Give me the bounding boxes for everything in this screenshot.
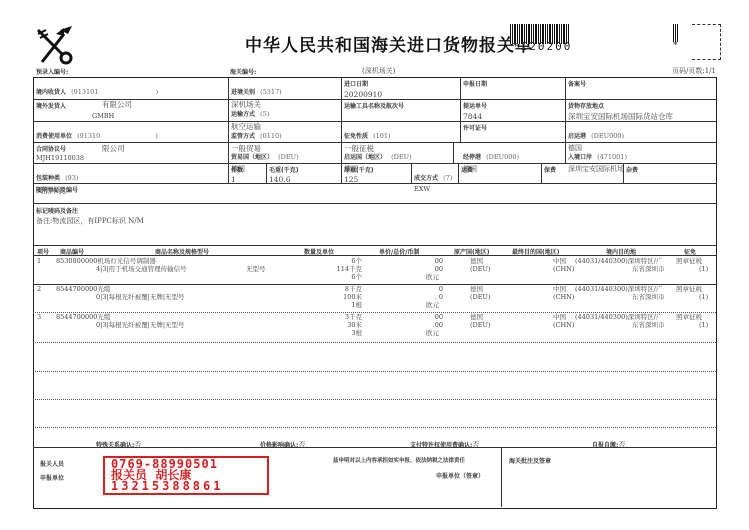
dest-country: 中国 xyxy=(553,285,566,293)
quantity: 1根 xyxy=(290,301,362,309)
price: . 0 xyxy=(370,293,443,301)
quantity: 8千克 xyxy=(290,285,362,293)
levy-mode: 照章征税 xyxy=(676,285,702,293)
dest-country: 中国 xyxy=(553,257,566,265)
declaration-statement: 兹申明对以上内容承担如实申报、依法纳税之法律责任 xyxy=(333,456,465,464)
confirm-price-influence: 价格影响确认:否 xyxy=(260,432,305,451)
field-misc-fee: 杂费 xyxy=(626,165,638,174)
quantity: 100米 xyxy=(290,293,362,301)
field-entry-port-domestic: 入境口岸 (471001) 深圳宝安国际机场 xyxy=(568,144,627,174)
item-spec: 0|3|每根光纤被覆|无牌|无型号 xyxy=(96,293,185,301)
domestic-dest: (44031/440300)深圳特区/广 xyxy=(575,257,662,265)
confirm-self-report: 自报自缴:否 xyxy=(592,432,625,451)
origin-country: 德国 xyxy=(470,257,483,265)
field-import-date: 进口日期 20200910 xyxy=(344,79,382,99)
quantity: 30米 xyxy=(290,321,362,329)
field-freight: 运费 xyxy=(461,165,473,174)
item-model: 无型号 xyxy=(246,265,266,273)
origin-country: 德国 xyxy=(470,285,483,293)
domestic-dest: 东省深圳市 xyxy=(632,293,665,301)
customs-office-name: (深机场关) xyxy=(362,66,395,76)
price: 欧元 xyxy=(370,301,499,309)
hs-code-name: 8530800000机场灯光信号调制器 xyxy=(56,257,156,265)
origin-country: 德国 xyxy=(470,313,483,321)
price: 00 xyxy=(370,313,443,321)
domestic-dest: (44031/440300)深圳特区/广 xyxy=(575,313,662,321)
price: 0 xyxy=(370,285,443,293)
barcode-small-text: * xyxy=(673,41,678,51)
domestic-dest: 东省深圳市 xyxy=(632,321,665,329)
quantity: 114千克 xyxy=(290,265,362,273)
customs-number-label: 海关编号: xyxy=(230,67,256,76)
customs-emblem-icon xyxy=(34,24,76,66)
price: 欧元 xyxy=(370,329,499,337)
quantity: 3根 xyxy=(290,329,362,337)
levy-mode: (1) xyxy=(699,293,708,301)
field-storage-place: 货物存放地点 深圳宝安国际机场国际货站仓库 xyxy=(568,101,673,122)
item-spec: 4|3|用于机场交通管理传输信号 xyxy=(96,265,187,273)
price: 00 xyxy=(370,257,443,265)
quantity: 6个 xyxy=(290,257,362,265)
item-no: 2 xyxy=(37,285,41,293)
barcode-small xyxy=(673,24,679,42)
origin-country: (DEU) xyxy=(470,321,491,329)
field-trade-terms: 成交方式 (7) EXW xyxy=(414,165,452,193)
field-contract-no: 合同协议号 MJH19110038 xyxy=(36,144,84,162)
customs-approval-label: 海关批注及签章 xyxy=(509,456,551,465)
field-attached-docs: 随附单证及编号 xyxy=(36,185,78,194)
field-net-weight: 净重(千克) 125 xyxy=(344,165,374,184)
quantity: 3千克 xyxy=(290,313,362,321)
declarant-label: 报关人员 xyxy=(40,459,64,468)
origin-country: (DEU) xyxy=(470,265,491,273)
origin-country: (DEU) xyxy=(470,293,491,301)
field-consignor: 境外发货人 GMBH xyxy=(36,101,226,120)
item-no: 1 xyxy=(37,257,41,265)
declarant-stamp: 0769-88990501 报关员 胡长康 13215388861 xyxy=(103,456,269,495)
item-spec: 0|3|每根光纤被覆|无牌|无型号 xyxy=(96,321,185,329)
dest-country: (CHN) xyxy=(553,293,574,301)
field-license-no: 许可证号 xyxy=(463,123,487,132)
quantity: 6个 xyxy=(290,273,362,281)
declaring-unit-label: 申报单位 xyxy=(40,473,64,482)
price: 00 xyxy=(370,265,443,273)
page-title: 中华人民共和国海关进口货物报关单 xyxy=(245,31,533,56)
field-gross-weight: 毛重(千克) 140.6 xyxy=(269,165,299,184)
field-bill-no: 提运单号 7844 xyxy=(463,101,487,121)
field-pieces: 件数 1 xyxy=(231,165,243,184)
field-marks-remarks: 标记唛码及备注 备注:物流园区，有IPPC标识 N/M xyxy=(36,206,144,226)
domestic-dest: (44031/440300)深圳特区/广 xyxy=(575,285,662,293)
levy-mode: 照章征税 xyxy=(676,313,702,321)
field-insurance: 保费 xyxy=(544,165,556,174)
field-transport-name: 运输工具名称及航次号 xyxy=(344,101,404,110)
levy-mode: (1) xyxy=(699,321,708,329)
price: .00 xyxy=(370,321,443,329)
qr-code-placeholder xyxy=(692,24,721,60)
price: 欧元 xyxy=(370,273,499,281)
item-no: 3 xyxy=(37,313,41,321)
hs-code-name: 8544700000光缆 xyxy=(56,313,110,321)
declaring-seal-label: 申报单位（签章） xyxy=(436,471,484,480)
dest-country: 中国 xyxy=(553,313,566,321)
dest-country: (CHN) xyxy=(553,265,574,273)
levy-mode: (1) xyxy=(699,265,708,273)
field-declare-date: 申报日期 xyxy=(463,79,487,88)
confirm-royalty: 支付特许权使用费确认:否 xyxy=(410,432,479,451)
page-count: 页码/页数:1/1 xyxy=(672,66,716,76)
confirm-special-relation: 特殊关系确认:否 xyxy=(96,432,141,451)
field-record-no: 备案号 xyxy=(568,79,586,88)
hs-code-name: 8544700000光缆 xyxy=(56,285,110,293)
barcode-text: *I20200 xyxy=(512,40,572,53)
preentry-number-label: 预录入编号: xyxy=(36,67,68,76)
dest-country: (CHN) xyxy=(553,321,574,329)
levy-mode: 照章征税 xyxy=(676,257,702,265)
domestic-dest: 东省深圳市 xyxy=(632,265,665,273)
